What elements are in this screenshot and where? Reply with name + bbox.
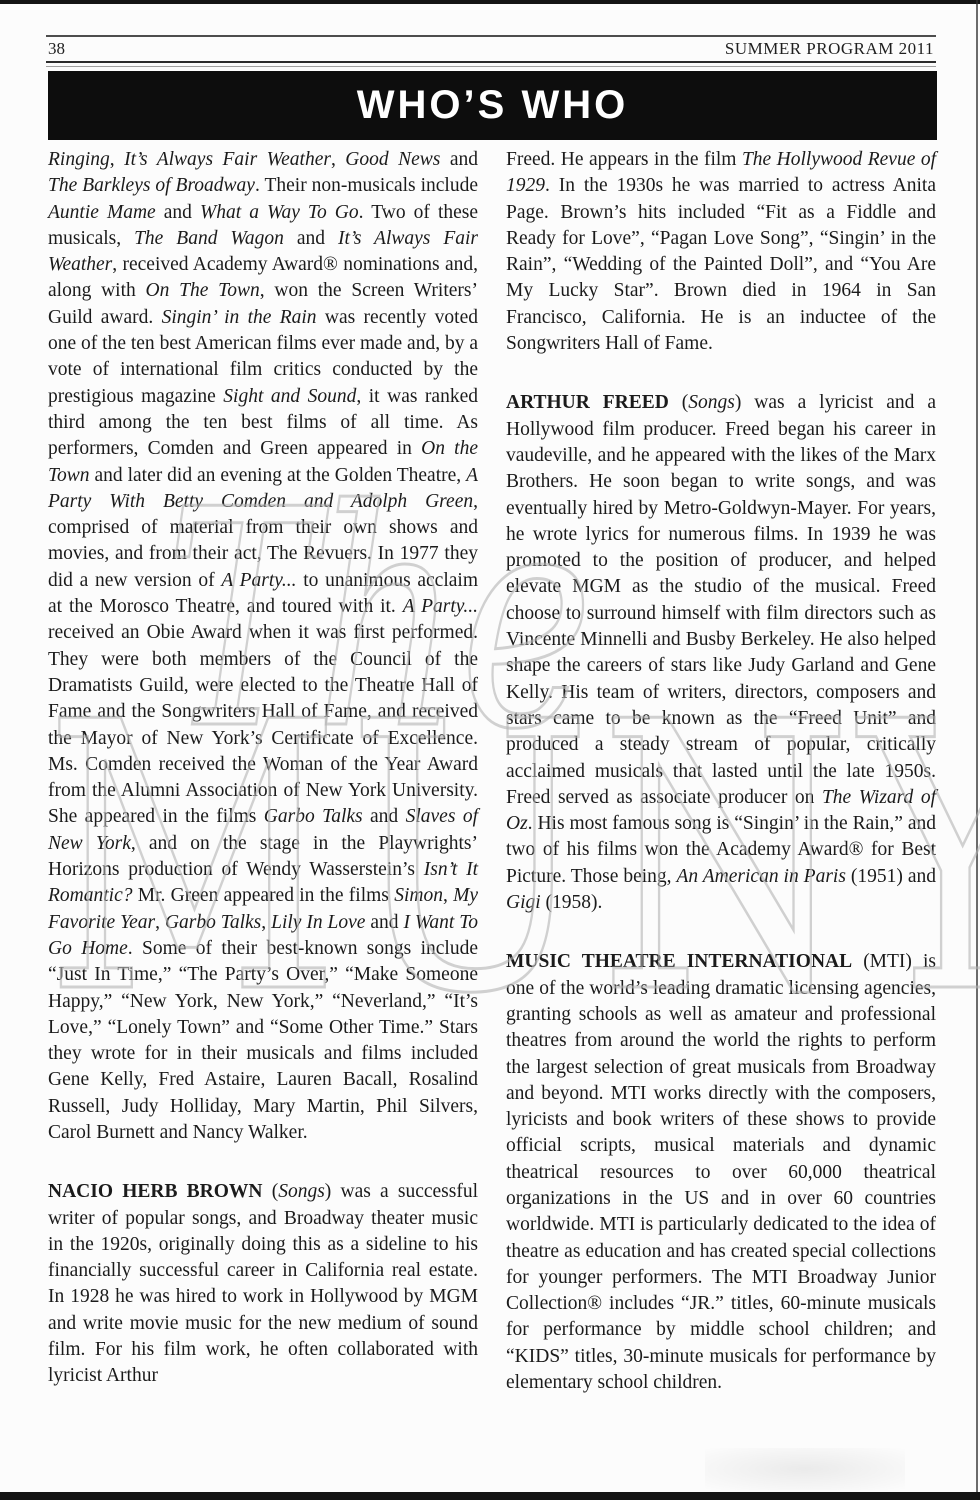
column-left: Ringing, It’s Always Fair Weather, Good … [48,147,478,1429]
scan-edge-bottom [0,1492,980,1500]
column-right: Freed. He appears in the film The Hollyw… [506,147,936,1429]
paragraph: Ringing, It’s Always Fair Weather, Good … [48,147,478,1146]
text-columns: Ringing, It’s Always Fair Weather, Good … [48,147,937,1429]
scan-edge-right [976,0,978,1500]
banner-title: WHO’S WHO [357,83,628,128]
paragraph: Freed. He appears in the film The Hollyw… [506,147,936,357]
program-title: SUMMER PROGRAM 2011 [725,39,934,59]
header-rule [46,35,936,37]
program-page: 38 SUMMER PROGRAM 2011 WHO’S WHO The MUN… [0,0,980,1500]
paragraph: MUSIC THEATRE INTERNATIONAL (MTI) is one… [506,949,936,1396]
scan-smudge [705,1448,905,1490]
paragraph: ARTHUR FREED (Songs) was a lyricist and … [506,390,936,916]
whos-who-banner: WHO’S WHO [48,71,937,140]
page-number: 38 [48,39,65,59]
header-double-rule [46,61,936,67]
scan-edge-top [0,0,980,4]
paragraph: NACIO HERB BROWN (Songs) was a successfu… [48,1179,478,1389]
